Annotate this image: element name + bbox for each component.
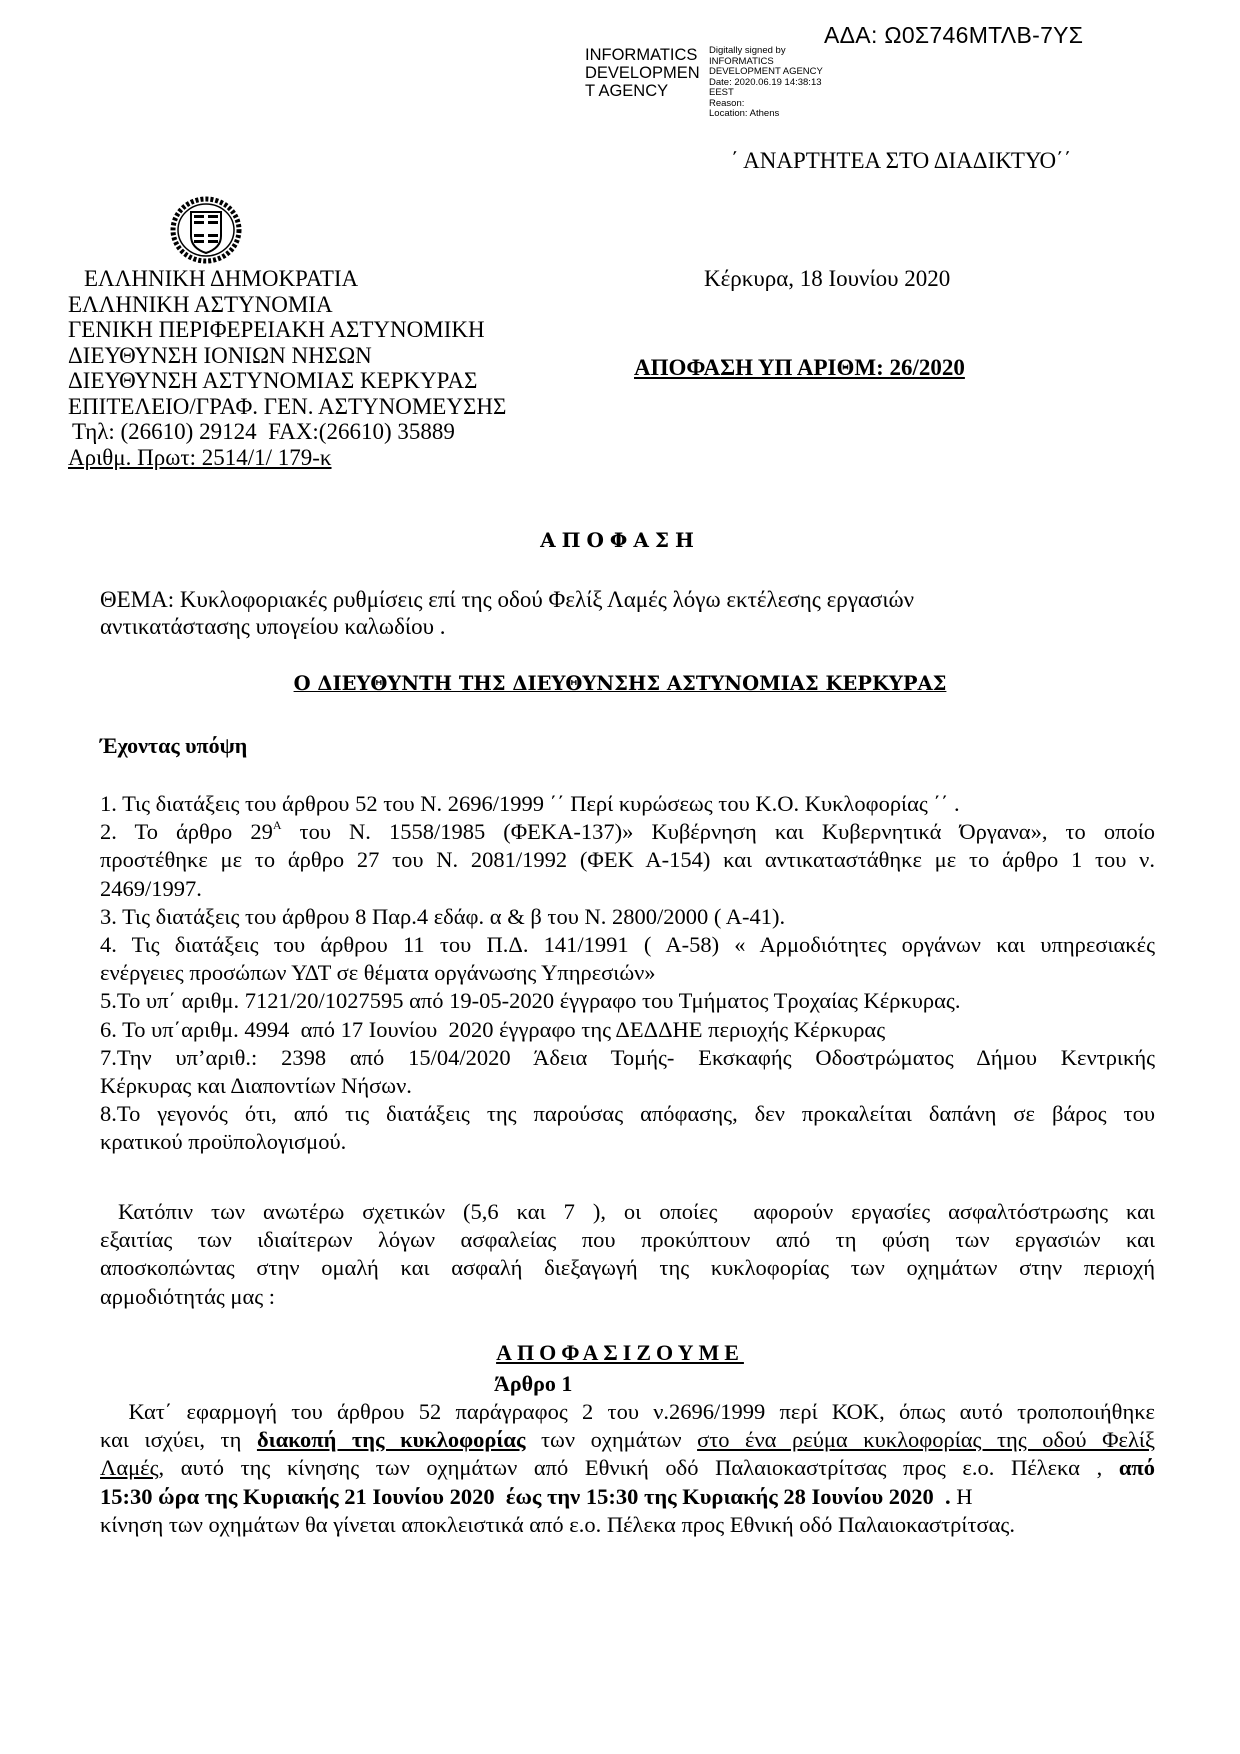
consideration-text: 2. Το άρθρο 29 [100,819,273,844]
affected-lane-text: Λαμές [100,1455,159,1480]
place-date: Κέρκυρα, 18 Ιουνίου 2020 [704,266,950,292]
signature-details: Digitally signed by INFORMATICS DEVELOPM… [709,46,823,120]
consideration-item: 4. Τις διατάξεις του άρθρου 11 του Π.Δ. … [100,931,1155,959]
article-title: Άρθρο 1 [494,1371,572,1397]
publish-online-note: ΄ ΑΝΑΡΤΗΤΕΑ ΣΤΟ ΔΙΑΔΙΚΤΥΟ΄΄ [731,148,1071,174]
article-text: , αυτό της κίνησης των οχημάτων από Εθνι… [159,1455,1119,1480]
consideration-item: 2. Το άρθρο 29Α του Ν. 1558/1985 (ΦΕΚΑ-1… [100,818,1155,846]
considering-heading: Έχοντας υπόψη [100,733,247,759]
signer-line: INFORMATICS [585,46,700,64]
consideration-item: 5.Το υπ΄ αριθμ. 7121/20/1027595 από 19-0… [100,987,1155,1015]
signer-line: T AGENCY [585,82,700,100]
issuer-line: ΕΛΛΗΝΙΚΗ ΑΣΤΥΝΟΜΙΑ [68,292,506,318]
affected-lane-text: στο ένα ρεύμα κυκλοφορίας της οδού Φελίξ [697,1427,1155,1452]
issuer-line: ΔΙΕΥΘΥΝΣΗ ΑΣΤΥΝΟΜΙΑΣ ΚΕΡΚΥΡΑΣ [68,368,506,394]
issuer-contact: Τηλ: (26610) 29124 FAX:(26610) 35889 [68,419,506,445]
consideration-line: κρατικού προϋπολογισμού. [100,1128,1155,1156]
article-line: 15:30 ώρα της Κυριακής 21 Ιουνίου 2020 έ… [100,1483,1155,1511]
ada-code: ΑΔΑ: Ω0Σ746ΜΤΛΒ-7ΥΣ [824,22,1083,49]
issuer-line: ΕΠΙΤΕΛΕΙΟ/ΓΡΑΦ. ΓΕΝ. ΑΣΤΥΝΟΜΕΥΣΗΣ [68,394,506,420]
article-line: κίνηση των οχημάτων θα γίνεται αποκλειστ… [100,1511,1155,1539]
issuer-block: ΕΛΛΗΝΙΚΗ ΔΗΜΟΚΡΑΤΙΑ ΕΛΛΗΝΙΚΗ ΑΣΤΥΝΟΜΙΑ Γ… [68,266,506,470]
signature-detail-line: Location: Athens [709,109,823,120]
issuer-line: ΔΙΕΥΘΥΝΣΗ ΙΟΝΙΩΝ ΝΗΣΩΝ [68,343,506,369]
article-text: των οχημάτων [525,1427,697,1452]
signature-detail-line: DEVELOPMENT AGENCY [709,67,823,78]
decision-number: ΑΠΟΦΑΣΗ ΥΠ ΑΡΙΘΜ: 26/2020 [634,355,965,381]
signer-line: DEVELOPMEN [585,64,700,82]
article-text: και ισχύει, τη [100,1427,257,1452]
consideration-item: 1. Τις διατάξεις του άρθρου 52 του Ν. 26… [100,790,1155,818]
signature-signer: INFORMATICS DEVELOPMEN T AGENCY [585,46,700,100]
consideration-line: προστέθηκε με το άρθρο 27 του Ν. 2081/19… [100,846,1155,874]
preamble-line: εξαιτίας των ιδιαίτερων λόγων ασφαλείας … [100,1226,1155,1254]
superscript: Α [273,818,282,832]
subject: ΘΕΜΑ: Κυκλοφοριακές ρυθμίσεις επί της οδ… [100,586,1020,640]
article-text: Η [951,1484,973,1509]
greek-coat-of-arms-icon [170,196,242,264]
consideration-item: 6. Το υπ΄αριθμ. 4994 από 17 Ιουνίου 2020… [100,1016,1155,1044]
traffic-closure-emphasis: διακοπή της κυκλοφορίας [257,1427,526,1452]
document-title: ΑΠΟΦΑΣΗ [0,528,1240,552]
protocol-number: Αριθμ. Πρωτ: 2514/1/ 179-κ [68,445,506,471]
signature-detail-line: EEST [709,88,823,99]
preamble-line: αρμοδιότητάς μας : [100,1283,1155,1311]
issuer-line: ΕΛΛΗΝΙΚΗ ΔΗΜΟΚΡΑΤΙΑ [68,266,506,292]
director-heading: Ο ΔΙΕΥΘΥΝΤΗ ΤΗΣ ΔΙΕΥΘΥΝΣΗΣ ΑΣΤΥΝΟΜΙΑΣ ΚΕ… [0,672,1240,695]
signature-detail-line: Digitally signed by [709,46,823,57]
period-text: από [1119,1455,1155,1480]
consideration-line: ενέργειες προσώπων ΥΔΤ σε θέματα οργάνωσ… [100,959,1155,987]
article-line: Κατ΄ εφαρμογή του άρθρου 52 παράγραφος 2… [100,1398,1155,1426]
decide-heading: ΑΠΟΦΑΣΙΖΟΥΜΕ [0,1340,1240,1366]
preamble-line: Κατόπιν των ανωτέρω σχετικών (5,6 και 7 … [100,1198,1155,1226]
preamble-paragraph: Κατόπιν των ανωτέρω σχετικών (5,6 και 7 … [100,1198,1155,1311]
preamble-line: αποσκοπώντας στην ομαλή και ασφαλή διεξα… [100,1254,1155,1282]
consideration-item: 3. Τις διατάξεις του άρθρου 8 Παρ.4 εδάφ… [100,903,1155,931]
consideration-item: 7.Την υπ’αριθ.: 2398 από 15/04/2020 Άδει… [100,1044,1155,1072]
consideration-line: 2469/1997. [100,875,1155,903]
period-text: 15:30 ώρα της Κυριακής 21 Ιουνίου 2020 έ… [100,1484,951,1509]
consideration-item: 8.Το γεγονός ότι, από τις διατάξεις της … [100,1100,1155,1128]
considerations-list: 1. Τις διατάξεις του άρθρου 52 του Ν. 26… [100,790,1155,1157]
issuer-line: ΓΕΝΙΚΗ ΠΕΡΙΦΕΡΕΙΑΚΗ ΑΣΤΥΝΟΜΙΚΗ [68,317,506,343]
consideration-line: Κέρκυρας και Διαποντίων Νήσων. [100,1072,1155,1100]
article-body: Κατ΄ εφαρμογή του άρθρου 52 παράγραφος 2… [100,1398,1155,1539]
article-line: και ισχύει, τη διακοπή της κυκλοφορίας τ… [100,1426,1155,1454]
article-line: Λαμές, αυτό της κίνησης των οχημάτων από… [100,1454,1155,1482]
consideration-text: του Ν. 1558/1985 (ΦΕΚΑ-137)» Κυβέρνηση κ… [282,819,1156,844]
